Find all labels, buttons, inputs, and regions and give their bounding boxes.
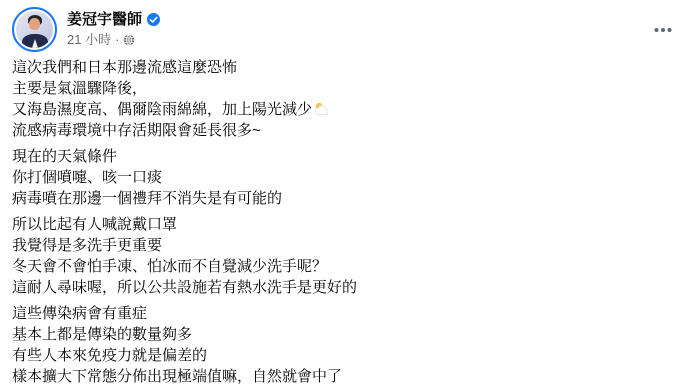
post-line: 現在的天氣條件 — [12, 146, 684, 167]
post-line: 你打個噴嚏、咳一口痰 — [12, 167, 684, 188]
meta-separator: · — [115, 32, 119, 48]
verified-badge-icon — [147, 13, 160, 26]
post-line: 病毒噴在那邊一個禮拜不消失是有可能的 — [12, 188, 684, 209]
header-text: 姜冠宇醫師 21 小時 · — [67, 7, 160, 48]
post-paragraph: 現在的天氣條件 你打個噴嚏、咳一口痰 病毒噴在那邊一個禮拜不消失是有可能的 — [12, 146, 684, 209]
post-paragraph: 這次我們和日本那邊流感這麼恐怖 主要是氣溫驟降後， 又海島濕度高、偶爾陰雨綿綿，… — [12, 57, 684, 141]
post-line: 主要是氣溫驟降後， — [12, 78, 684, 99]
post-paragraph: 所以比起有人喊說戴口罩 我覺得是多洗手更重要 冬天會不會怕手凍、怕冰而不自覺減少… — [12, 214, 684, 298]
post-line: 這耐人尋味喔，所以公共設施若有熱水洗手是更好的 — [12, 277, 684, 298]
post-header: 姜冠宇醫師 21 小時 · — [0, 0, 696, 52]
post-paragraph: 這些傳染病會有重症 基本上都是傳染的數量夠多 有些人本來免疫力就是偏差的 樣本擴… — [12, 303, 684, 384]
post-line: 又海島濕度高、偶爾陰雨綿綿，加上陽光減少 — [12, 99, 684, 120]
ellipsis-icon — [653, 20, 673, 40]
author-name[interactable]: 姜冠宇醫師 — [67, 10, 142, 29]
more-options-button[interactable] — [646, 13, 680, 47]
post-line: 有些人本來免疫力就是偏差的 — [12, 345, 684, 366]
post-line: 基本上都是傳染的數量夠多 — [12, 324, 684, 345]
post-line: 所以比起有人喊說戴口罩 — [12, 214, 684, 235]
post-line: 流感病毒環境中存活期限會延長很多~ — [12, 120, 684, 141]
avatar-shirt-shape — [32, 39, 38, 48]
globe-icon — [123, 34, 135, 46]
post-body: 這次我們和日本那邊流感這麼恐怖 主要是氣溫驟降後， 又海島濕度高、偶爾陰雨綿綿，… — [0, 57, 696, 384]
post-line-text: 又海島濕度高、偶爾陰雨綿綿，加上陽光減少 — [12, 101, 312, 118]
post-line: 這些傳染病會有重症 — [12, 303, 684, 324]
post-line: 我覺得是多洗手更重要 — [12, 235, 684, 256]
post-meta-row: 21 小時 · — [67, 32, 160, 48]
avatar[interactable] — [12, 7, 57, 52]
post-line: 這次我們和日本那邊流感這麼恐怖 — [12, 57, 684, 78]
post-timestamp[interactable]: 21 小時 — [67, 32, 111, 48]
author-name-row: 姜冠宇醫師 — [67, 10, 160, 29]
facebook-post: 姜冠宇醫師 21 小時 · — [0, 0, 696, 384]
sun-behind-cloud-icon — [313, 101, 331, 117]
post-line: 冬天會不會怕手凍、怕冰而不自覺減少洗手呢？ — [12, 256, 684, 277]
avatar-photo — [16, 11, 53, 48]
post-line: 樣本擴大下常態分佈出現極端值嘛，自然就會中了 — [12, 366, 684, 384]
avatar-face-shape — [29, 18, 40, 30]
